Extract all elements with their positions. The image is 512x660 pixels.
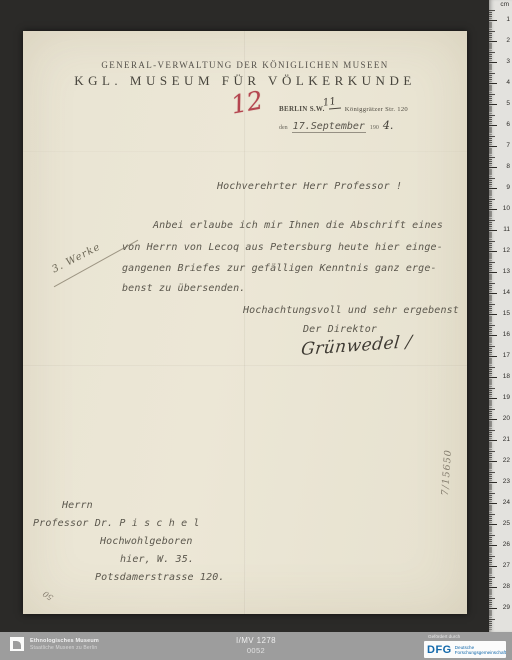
ruler-tick xyxy=(489,73,495,74)
ruler-number: 17 xyxy=(496,352,510,360)
ruler-number: 13 xyxy=(496,268,510,276)
date-prefix-label: den xyxy=(279,125,288,131)
ruler-number: 8 xyxy=(496,163,510,171)
letter-page: GENERAL-VERWALTUNG DER KÖNIGLICHEN MUSEE… xyxy=(23,31,467,614)
ruler-number: 3 xyxy=(496,58,510,66)
corner-number-handwriting: 50 xyxy=(41,589,55,602)
place-line: BERLIN S.W. 11 Königgrätzer Str. 120 xyxy=(279,105,447,113)
ruler-tick xyxy=(489,115,495,116)
printed-year-fragment: 190 xyxy=(370,125,379,131)
ruler: cm 1234567891011121314151617181920212223… xyxy=(489,0,512,632)
ruler-number: 15 xyxy=(496,310,510,318)
horizontal-fold-line xyxy=(23,365,467,367)
dfg-full-name: Deutsche Forschungsgemeinschaft xyxy=(455,645,506,655)
address-line: Hochwohlgeboren xyxy=(100,536,193,547)
address-line: Professor Dr. P i s c h e l xyxy=(33,518,200,529)
ruler-number: 12 xyxy=(496,247,510,255)
ruler-tick xyxy=(489,388,495,389)
address-line: Potsdamerstrasse 120. xyxy=(95,572,225,583)
ruler-number: 11 xyxy=(496,226,510,234)
ruler-number: 2 xyxy=(496,37,510,45)
viewer-footer-bar: Ethnologisches Museum Staatliche Museen … xyxy=(0,632,512,660)
ruler-tick xyxy=(489,178,495,179)
ruler-tick xyxy=(489,220,495,221)
ruler-tick xyxy=(489,535,495,536)
handwritten-year-digit: 4. xyxy=(383,119,394,132)
ruler-number: 14 xyxy=(496,289,510,297)
ruler-number: 26 xyxy=(496,541,510,549)
ruler-tick xyxy=(489,262,495,263)
dfg-abbreviation: DFG xyxy=(427,644,452,656)
dfg-logo: DFG Deutsche Forschungsgemeinschaft xyxy=(424,641,506,658)
ruler-tick xyxy=(489,451,495,452)
ruler-tick xyxy=(489,325,495,326)
body-line: von Herrn von Lecoq aus Petersburg heute… xyxy=(122,242,443,253)
ruler-tick xyxy=(489,493,495,494)
street-label: Königgrätzer Str. 120 xyxy=(345,106,408,113)
address-line: hier, W. 35. xyxy=(120,554,194,565)
ruler-number: 22 xyxy=(496,457,510,465)
ruler-number: 4 xyxy=(496,79,510,87)
ruler-tick xyxy=(489,136,495,137)
scan-viewer: GENERAL-VERWALTUNG DER KÖNIGLICHEN MUSEE… xyxy=(0,0,512,660)
ruler-number: 27 xyxy=(496,562,510,570)
inserted-district-number: 11 xyxy=(322,96,337,109)
body-line: Anbei erlaube ich mir Ihnen die Abschrif… xyxy=(153,220,443,231)
ruler-tick xyxy=(489,556,495,557)
ruler-tick xyxy=(489,304,495,305)
ruler-number: 5 xyxy=(496,100,510,108)
ruler-tick xyxy=(489,31,495,32)
ruler-number: 18 xyxy=(496,373,510,381)
ruler-number: 19 xyxy=(496,394,510,402)
funding-note: Gefördert durch xyxy=(428,634,460,639)
ruler-tick xyxy=(489,157,495,158)
ruler-number: 29 xyxy=(496,604,510,612)
letterhead-administration: GENERAL-VERWALTUNG DER KÖNIGLICHEN MUSEE… xyxy=(23,60,467,70)
ruler-number: 10 xyxy=(496,205,510,213)
ruler-number: 24 xyxy=(496,499,510,507)
ruler-tick xyxy=(489,10,495,11)
ruler-unit-label: cm xyxy=(500,1,509,8)
city-label: BERLIN S.W. xyxy=(279,105,325,113)
ruler-tick xyxy=(489,577,495,578)
ruler-tick xyxy=(489,619,495,620)
ruler-tick xyxy=(489,598,495,599)
ruler-number: 6 xyxy=(496,121,510,129)
address-line: Herrn xyxy=(62,500,93,511)
ruler-tick xyxy=(489,430,495,431)
closing-phrase: Hochachtungsvoll und sehr ergebenst xyxy=(243,305,459,316)
body-line: gangenen Briefes zur gefälligen Kenntnis… xyxy=(122,263,437,274)
ruler-number: 7 xyxy=(496,142,510,150)
vertical-shelfmark-handwriting: 7/15650 xyxy=(439,432,456,513)
ruler-number: 20 xyxy=(496,415,510,423)
typed-date: 17.September xyxy=(292,121,366,133)
ruler-number: 28 xyxy=(496,583,510,591)
ruler-number: 23 xyxy=(496,478,510,486)
ruler-number: 25 xyxy=(496,520,510,528)
director-signature: Grünwedel / xyxy=(300,332,413,360)
red-handwritten-number: 12 xyxy=(229,85,265,119)
date-line: den 17.September 190 4. xyxy=(279,116,447,134)
ruler-number: 16 xyxy=(496,331,510,339)
ruler-tick xyxy=(489,199,495,200)
body-line: benst zu übersenden. xyxy=(122,283,245,294)
margin-note-handwriting: 3. Werke xyxy=(50,242,102,276)
closing-title: Der Direktor xyxy=(303,324,377,335)
dfg-name-line2: Forschungsgemeinschaft xyxy=(455,650,506,655)
ruler-number: 9 xyxy=(496,184,510,192)
ruler-tick xyxy=(489,94,495,95)
ruler-number: 21 xyxy=(496,436,510,444)
ruler-tick xyxy=(489,367,495,368)
ruler-tick xyxy=(489,346,495,347)
ruler-tick xyxy=(489,241,495,242)
ruler-tick xyxy=(489,409,495,410)
ruler-tick xyxy=(489,472,495,473)
horizontal-fold-line xyxy=(23,151,467,153)
letterhead-museum-name: KGL. MUSEUM FÜR VÖLKERKUNDE xyxy=(23,73,467,89)
salutation: Hochverehrter Herr Professor ! xyxy=(217,181,402,192)
ruler-tick xyxy=(489,283,495,284)
ruler-tick xyxy=(489,52,495,53)
ruler-number: 1 xyxy=(496,16,510,24)
ruler-tick xyxy=(489,514,495,515)
place-date-block: BERLIN S.W. 11 Königgrätzer Str. 120 den… xyxy=(279,105,447,134)
vertical-fold-line xyxy=(244,31,246,614)
